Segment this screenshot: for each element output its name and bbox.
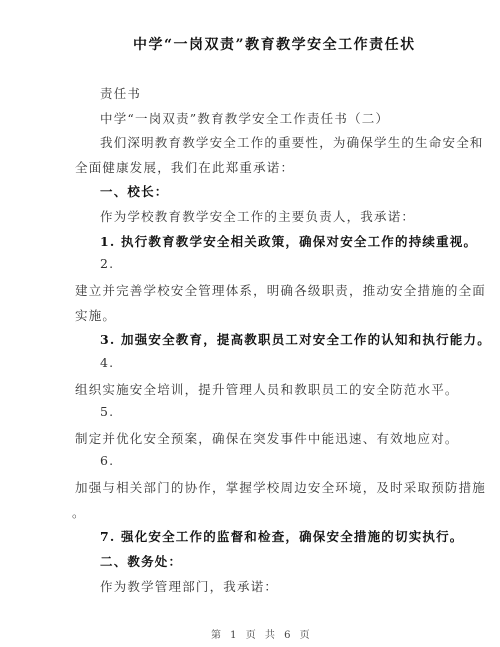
text-line: 责任书 — [100, 84, 141, 102]
text-line: 加强与相关部门的协作，掌握学校周边安全环境，及时采取预防措施 — [75, 478, 486, 496]
text-line: 建立并完善学校安全管理体系，明确各级职责，推动安全措施的全面 — [75, 281, 486, 299]
text-line: 实施。 — [75, 306, 116, 324]
item-number: 5. — [100, 404, 114, 419]
bold-item: 3. 加强安全教育，提高教职员工对安全工作的认知和执行能力。 — [100, 330, 491, 348]
section-heading: 一、校长： — [100, 182, 169, 200]
text-line: 我们深明教育教学安全工作的重要性，为确保学生的生命安全和 — [100, 133, 484, 151]
item-number: 6. — [100, 453, 114, 468]
document-title: 中学“一岗双责”教育教学安全工作责任状 — [133, 34, 416, 54]
text-line: 组织实施安全培训，提升管理人员和教职员工的安全防范水平。 — [75, 380, 459, 398]
text-line: 作为教学管理部门，我承诺： — [100, 577, 278, 595]
section-heading: 二、教务处： — [100, 552, 182, 570]
text-line: 作为学校教育教学安全工作的主要负责人，我承诺： — [100, 207, 415, 225]
item-number: 2. — [100, 256, 114, 271]
item-number: 4. — [100, 355, 114, 370]
text-line: 全面健康发展，我们在此郑重承诺： — [75, 158, 294, 176]
bold-item: 7. 强化安全工作的监督和检查，确保安全措施的切实执行。 — [100, 527, 464, 545]
text-line: 。 — [72, 503, 86, 521]
text-line: 中学“一岗双责”教育教学安全工作责任书（二） — [100, 109, 389, 127]
text-line: 制定并优化安全预案，确保在突发事件中能迅速、有效地应对。 — [75, 429, 459, 447]
bold-item: 1. 执行教育教学安全相关政策，确保对安全工作的持续重视。 — [100, 232, 477, 250]
page-number: 第 1 页 共 6 页 — [211, 626, 313, 641]
